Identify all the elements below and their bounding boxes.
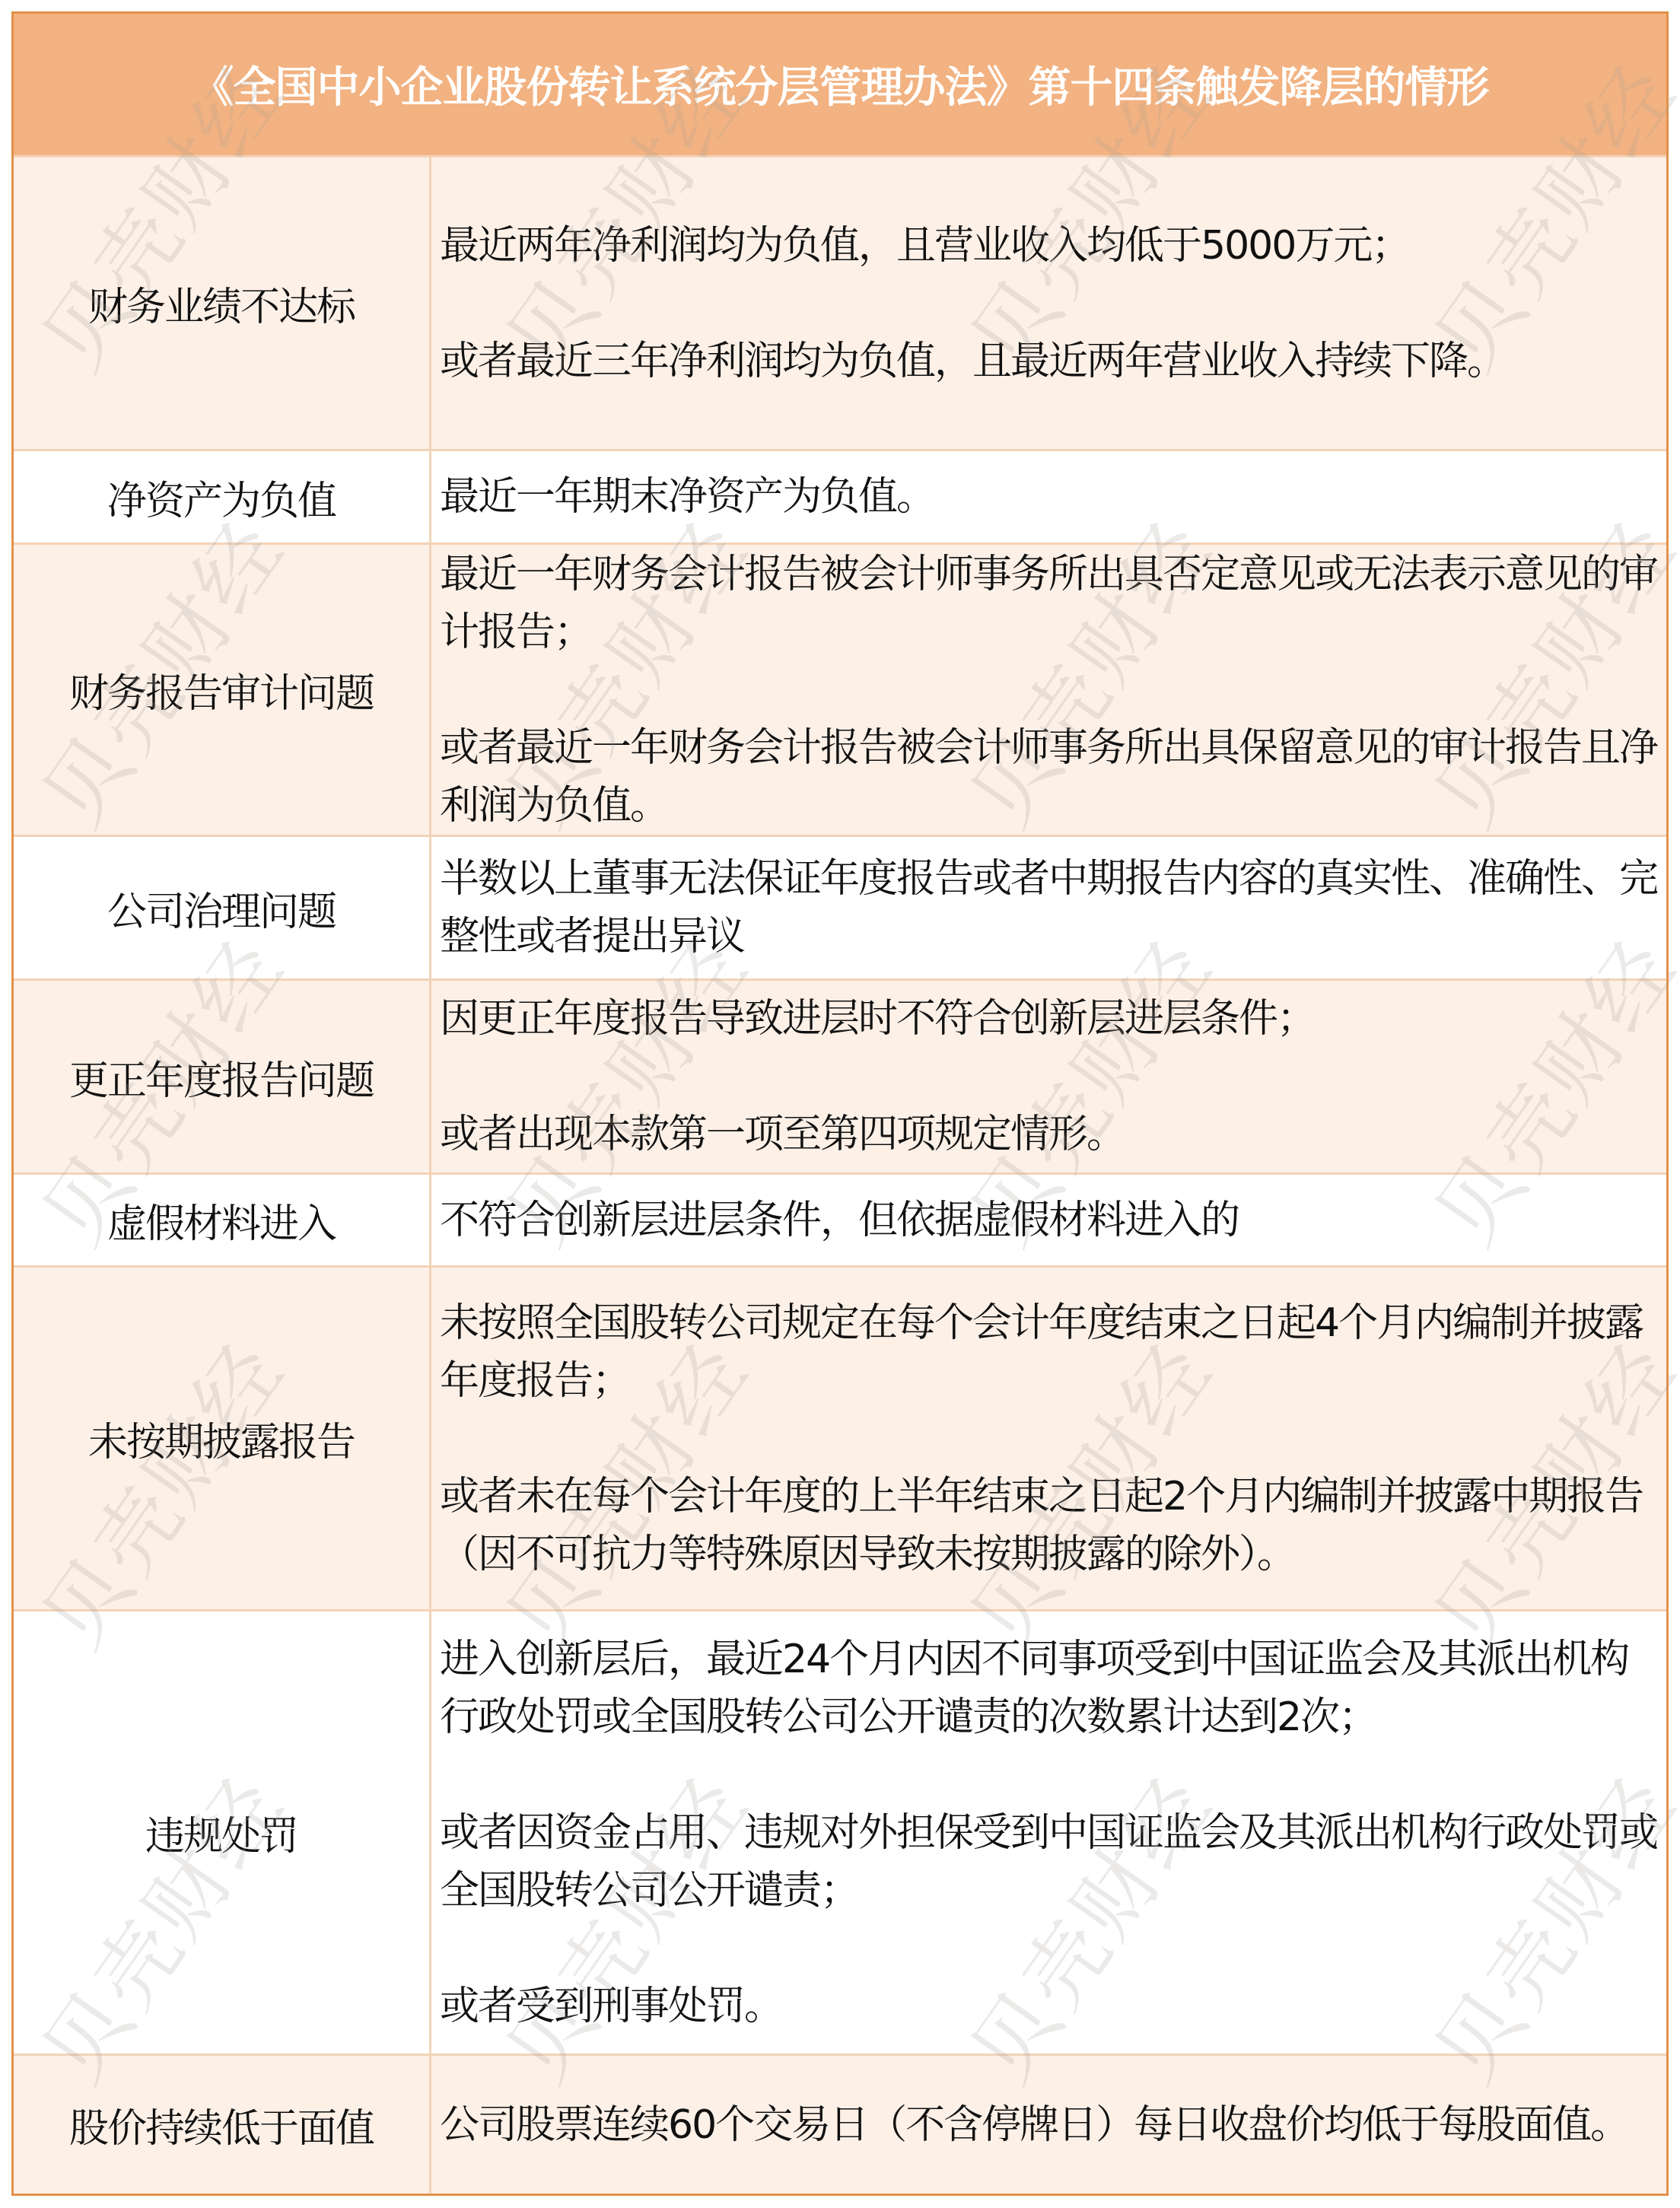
condition-text: 不符合创新层进层条件，但依据虚假材料进入的 [440, 1191, 1660, 1249]
condition-text: 公司股票连续60个交易日（不含停牌日）每日收盘价均低于每股面值。 [440, 2096, 1660, 2154]
row-label: 财务业绩不达标 [88, 275, 355, 332]
condition-text: 或者受到刑事处罚。 [440, 1977, 1660, 2035]
row-label: 违规处罚 [145, 1804, 297, 1861]
row-label: 未按期披露报告 [88, 1410, 355, 1467]
condition-text: 或者最近三年净利润均为负值，且最近两年营业收入持续下降。 [440, 332, 1660, 390]
content-cell: 最近一年期末净资产为负值。 [440, 451, 1660, 542]
condition-text: 或者未在每个会计年度的上半年结束之日起2个月内编制并披露中期报告（因不可抗力等特… [440, 1468, 1660, 1583]
content-cell: 不符合创新层进层条件，但依据虚假材料进入的 [440, 1175, 1660, 1265]
condition-text: 未按照全国股转公司规定在每个会计年度结束之日起4个月内编制并披露年度报告； [440, 1294, 1660, 1410]
regulation-table: 《全国中小企业股份转让系统分层管理办法》第十四条触发降层的情形 财务业绩不达标 … [11, 11, 1669, 2196]
label-cell: 未按期披露报告 [14, 1268, 431, 1609]
content-cell: 半数以上董事无法保证年度报告或者中期报告内容的真实性、准确性、完整性或者提出异议 [440, 837, 1660, 978]
table-row: 财务报告审计问题 最近一年财务会计报告被会计师事务所出具否定意见或无法表示意见的… [14, 542, 1666, 835]
row-label: 股价持续低于面值 [69, 2096, 374, 2153]
condition-text: 半数以上董事无法保证年度报告或者中期报告内容的真实性、准确性、完整性或者提出异议 [440, 850, 1660, 966]
label-cell: 股价持续低于面值 [14, 2056, 431, 2194]
condition-text: 最近一年财务会计报告被会计师事务所出具否定意见或无法表示意见的审计报告； [440, 546, 1660, 661]
condition-text: 最近一年期末净资产为负值。 [440, 468, 1660, 526]
row-label: 净资产为负值 [107, 469, 336, 526]
table-row: 虚假材料进入 不符合创新层进层条件，但依据虚假材料进入的 [14, 1172, 1666, 1265]
condition-text: 或者因资金占用、违规对外担保受到中国证监会及其派出机构行政处罚或全国股转公司公开… [440, 1804, 1660, 1920]
content-cell: 未按照全国股转公司规定在每个会计年度结束之日起4个月内编制并披露年度报告； 或者… [440, 1268, 1660, 1609]
row-label: 公司治理问题 [107, 880, 336, 937]
table-row: 财务业绩不达标 最近两年净利润均为负值，且营业收入均低于5000万元； 或者最近… [14, 155, 1666, 449]
label-cell: 财务报告审计问题 [14, 545, 431, 835]
row-label: 更正年度报告问题 [69, 1048, 374, 1106]
table-title: 《全国中小企业股份转让系统分层管理办法》第十四条触发降层的情形 [192, 54, 1489, 115]
condition-text: 最近两年净利润均为负值，且营业收入均低于5000万元； [440, 217, 1660, 275]
label-cell: 财务业绩不达标 [14, 157, 431, 449]
row-label: 财务报告审计问题 [69, 661, 374, 718]
condition-text: 或者出现本款第一项至第四项规定情形。 [440, 1106, 1660, 1163]
row-label: 虚假材料进入 [107, 1191, 336, 1249]
label-cell: 公司治理问题 [14, 837, 431, 978]
content-cell: 进入创新层后，最近24个月内因不同事项受到中国证监会及其派出机构行政处罚或全国股… [440, 1611, 1660, 2054]
label-cell: 虚假材料进入 [14, 1175, 431, 1265]
content-cell: 因更正年度报告导致进层时不符合创新层进层条件； 或者出现本款第一项至第四项规定情… [440, 981, 1660, 1172]
table-row: 违规处罚 进入创新层后，最近24个月内因不同事项受到中国证监会及其派出机构行政处… [14, 1609, 1666, 2054]
condition-text: 进入创新层后，最近24个月内因不同事项受到中国证监会及其派出机构行政处罚或全国股… [440, 1631, 1660, 1746]
table-row: 股价持续低于面值 公司股票连续60个交易日（不含停牌日）每日收盘价均低于每股面值… [14, 2054, 1666, 2194]
table-row: 净资产为负值 最近一年期末净资产为负值。 [14, 449, 1666, 542]
condition-text: 因更正年度报告导致进层时不符合创新层进层条件； [440, 990, 1660, 1048]
table-row: 未按期披露报告 未按照全国股转公司规定在每个会计年度结束之日起4个月内编制并披露… [14, 1265, 1666, 1609]
content-cell: 最近一年财务会计报告被会计师事务所出具否定意见或无法表示意见的审计报告； 或者最… [440, 545, 1660, 835]
table-row: 公司治理问题 半数以上董事无法保证年度报告或者中期报告内容的真实性、准确性、完整… [14, 835, 1666, 978]
label-cell: 净资产为负值 [14, 451, 431, 542]
label-cell: 更正年度报告问题 [14, 981, 431, 1172]
content-cell: 公司股票连续60个交易日（不含停牌日）每日收盘价均低于每股面值。 [440, 2056, 1660, 2194]
table-row: 更正年度报告问题 因更正年度报告导致进层时不符合创新层进层条件； 或者出现本款第… [14, 978, 1666, 1172]
condition-text: 或者最近一年财务会计报告被会计师事务所出具保留意见的审计报告且净利润为负值。 [440, 719, 1660, 835]
content-cell: 最近两年净利润均为负值，且营业收入均低于5000万元； 或者最近三年净利润均为负… [440, 157, 1660, 449]
table-header: 《全国中小企业股份转让系统分层管理办法》第十四条触发降层的情形 [14, 14, 1666, 155]
label-cell: 违规处罚 [14, 1611, 431, 2054]
